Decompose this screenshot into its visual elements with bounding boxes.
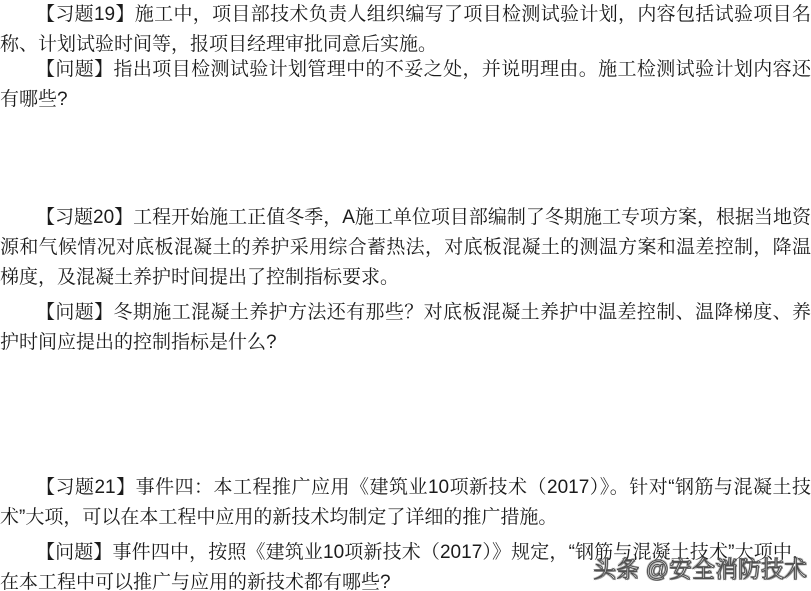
exercise-20-paragraph: 【习题20】工程开始施工正值冬季，A施工单位项目部编制了冬期施工专项方案，根据当… — [0, 203, 811, 293]
document-page: 【习题19】施工中，项目部技术负责人组织编写了项目检测试验计划，内容包括试验项目… — [0, 0, 811, 591]
question-19-paragraph: 【问题】指出项目检测试验计划管理中的不妥之处，并说明理由。施工检测试验计划内容还… — [0, 55, 811, 115]
exercise-21-paragraph: 【习题21】事件四：本工程推广应用《建筑业10项新技术（2017）》。针对“钢筋… — [0, 473, 811, 533]
exercise-19-paragraph: 【习题19】施工中，项目部技术负责人组织编写了项目检测试验计划，内容包括试验项目… — [0, 0, 811, 60]
toutiao-watermark: 头条 @安全消防技术 — [593, 555, 807, 583]
question-20-paragraph: 【问题】冬期施工混凝土养护方法还有那些？对底板混凝土养护中温差控制、温降梯度、养… — [0, 298, 811, 358]
